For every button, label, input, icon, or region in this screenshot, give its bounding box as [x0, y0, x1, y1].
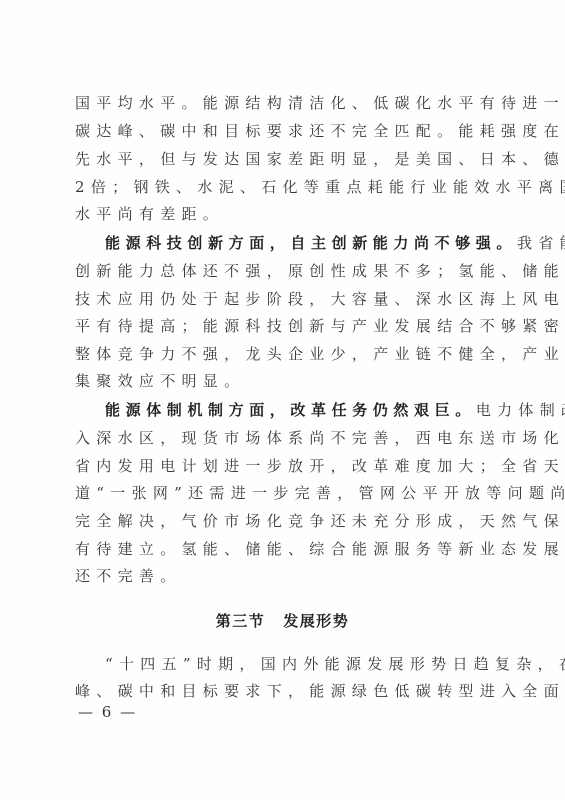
paragraph-1-line-2: 碳达峰、碳中和目标要求还不完全匹配。能耗强度在国内处于领 [75, 121, 495, 141]
paragraph-2-bold-lead: 能源科技创新方面，自主创新能力尚不够强。 [105, 234, 517, 252]
paragraph-4-line-1: “十四五”时期，国内外能源发展形势日趋复杂，在碳达 [105, 654, 495, 674]
paragraph-3-line-3: 省内发用电计划进一步放开，改革难度加大；全省天然气主干管 [75, 456, 495, 476]
paragraph-2-line-4: 平有待提高；能源科技创新与产业发展结合不够紧密，能源产业 [75, 316, 495, 336]
paragraph-2-line-2: 创新能力总体还不强，原创性成果不多；氢能、储能、碳捕捉等 [75, 261, 495, 281]
section-number: 第三节 [216, 612, 266, 630]
section-title: 发展形势 [283, 612, 349, 630]
paragraph-3-line-2: 入深水区，现货市场体系尚不完善，西电东送市场化进程制约了 [75, 428, 495, 448]
paragraph-1-line-4: 2倍；钢铁、水泥、石化等重点耗能行业能效水平离国内外先进 [75, 177, 495, 197]
paragraph-3-line-5: 完全解决，气价市场化竞争还未充分形成，天然气保供稳价机制 [75, 511, 495, 531]
paragraph-3-bold-lead: 能源体制机制方面，改革任务仍然艰巨。 [105, 401, 476, 419]
page-number: — 6 — [78, 703, 137, 721]
paragraph-3-first-line-rest: 电力体制改革已进 [476, 401, 565, 419]
paragraph-2-line-5: 整体竞争力不强，龙头企业少，产业链不健全，产业配套不足， [75, 344, 495, 364]
paragraph-1-line-5: 水平尚有差距。 [75, 204, 495, 224]
paragraph-3-line-6: 有待建立。氢能、储能、综合能源服务等新业态发展的配套机制 [75, 539, 495, 559]
paragraph-4-line-2: 峰、碳中和目标要求下，能源绿色低碳转型进入全面加速期，能 [75, 681, 495, 701]
paragraph-3-line-4: 道“一张网”还需进一步完善，管网公平开放等问题尚未得到 [75, 483, 495, 503]
document-page: 国平均水平。能源结构清洁化、低碳化水平有待进一步提高，与 碳达峰、碳中和目标要求… [0, 0, 565, 800]
section-heading: 第三节发展形势 [0, 610, 565, 631]
paragraph-2-first-line-rest: 我省能源科技 [517, 234, 565, 252]
paragraph-1-line-3: 先水平，但与发达国家差距明显，是美国、日本、德国的1.5～ [75, 149, 495, 169]
paragraph-2-line-6: 集聚效应不明显。 [75, 371, 495, 391]
paragraph-3-first-line: 能源体制机制方面，改革任务仍然艰巨。电力体制改革已进 [105, 400, 495, 420]
paragraph-1-line-1: 国平均水平。能源结构清洁化、低碳化水平有待进一步提高，与 [75, 93, 495, 113]
paragraph-2-first-line: 能源科技创新方面，自主创新能力尚不够强。我省能源科技 [105, 233, 495, 253]
paragraph-3-line-7: 还不完善。 [75, 566, 495, 586]
paragraph-2-line-3: 技术应用仍处于起步阶段，大容量、深水区海上风电开发技术水 [75, 289, 495, 309]
